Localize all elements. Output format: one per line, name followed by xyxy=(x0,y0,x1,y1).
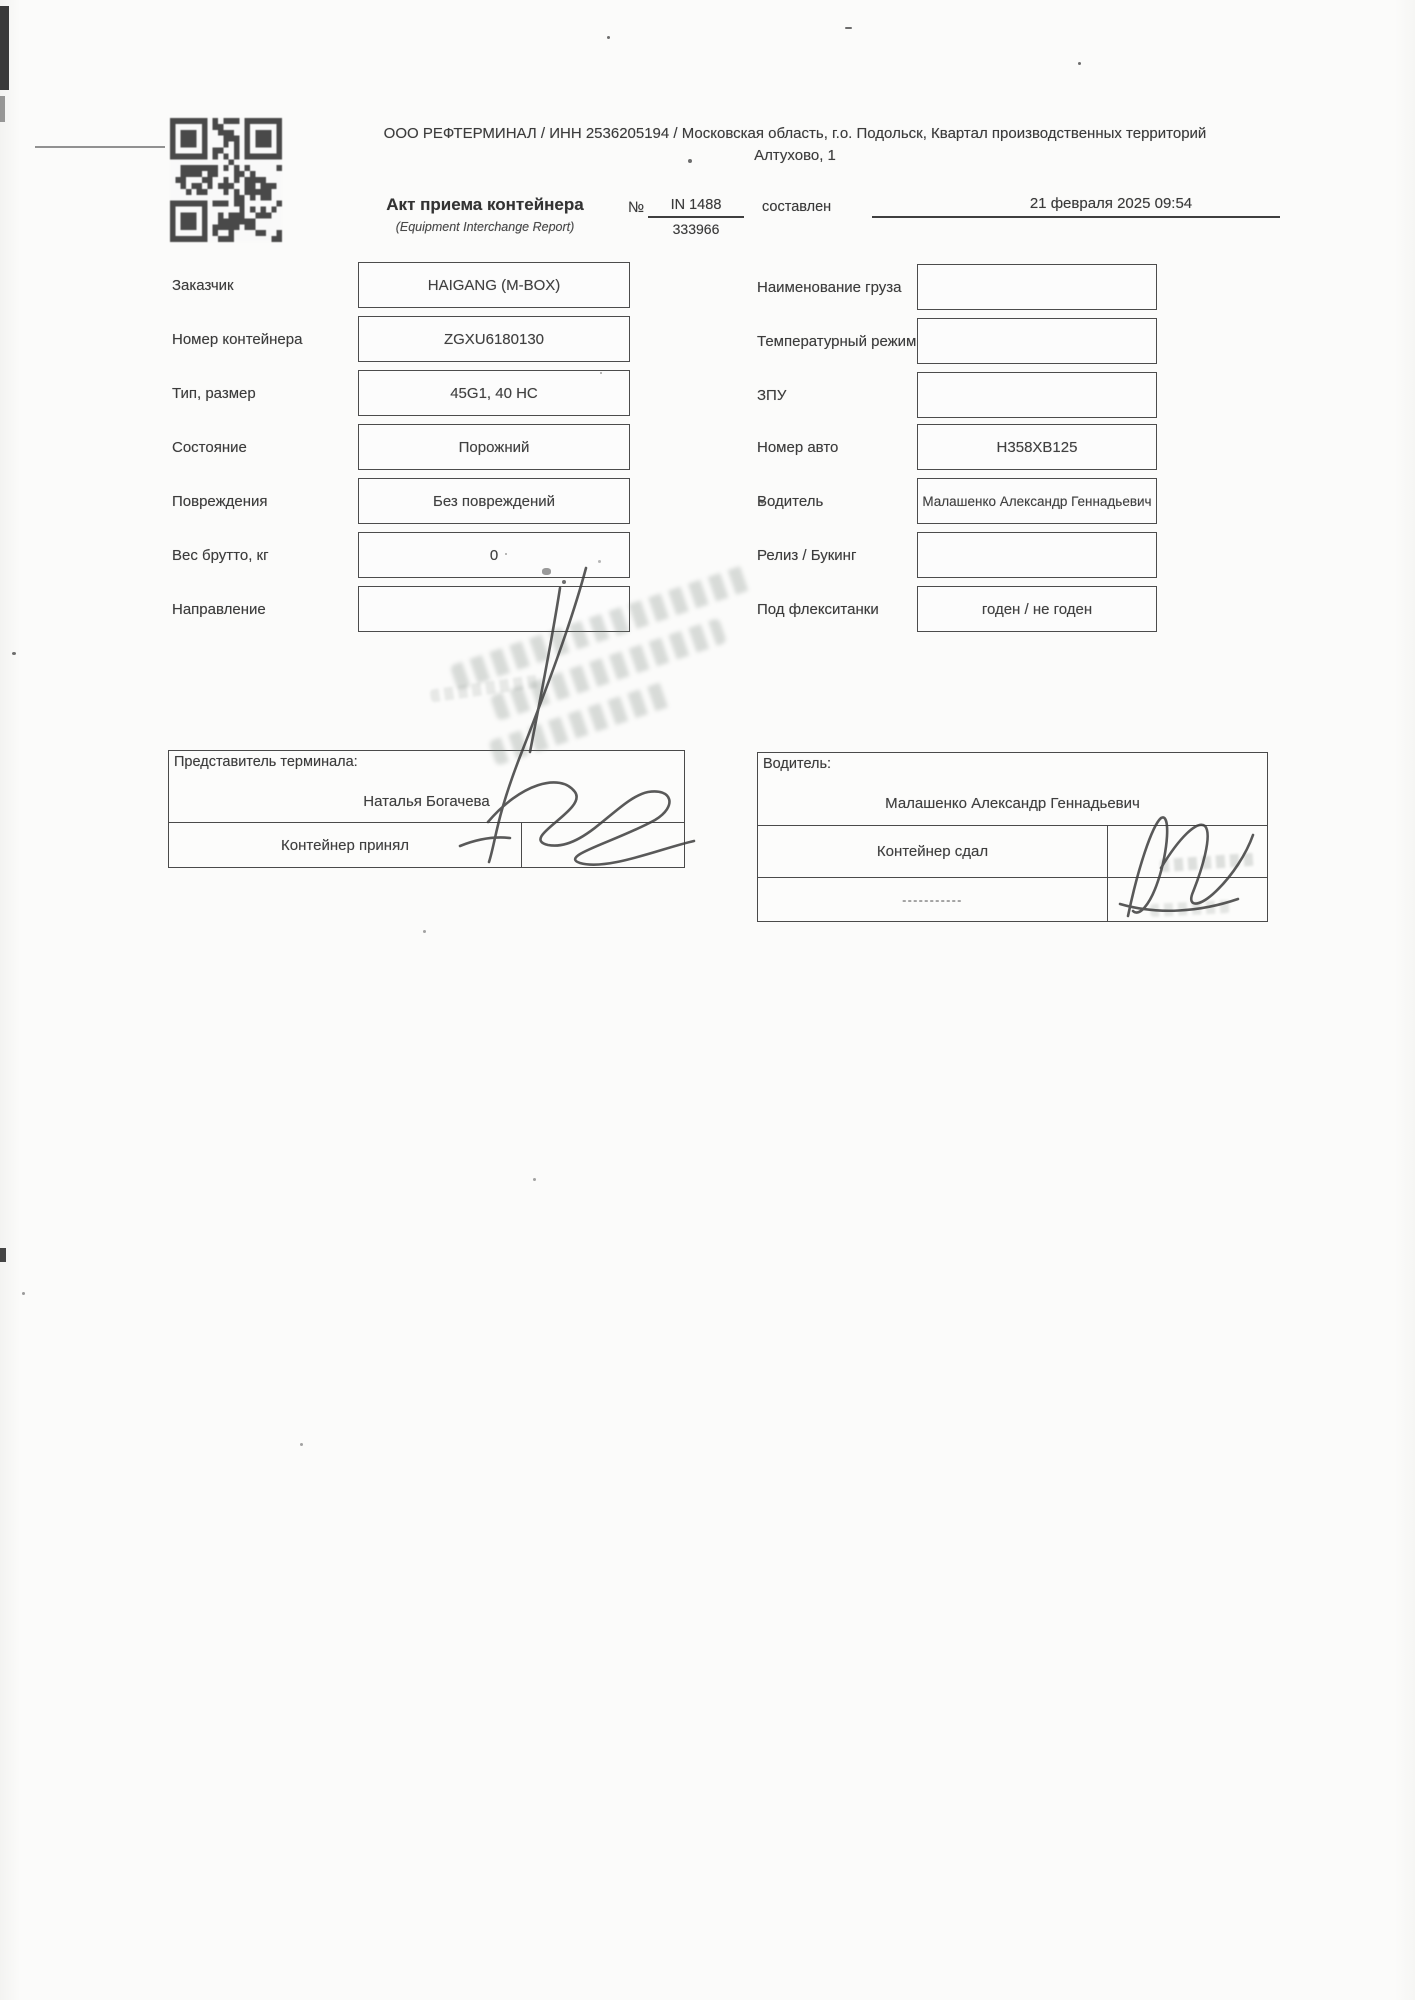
field-value-box xyxy=(917,372,1157,418)
field-value-box: годен / не годен xyxy=(917,586,1157,632)
field-label: Вес брутто, кг xyxy=(172,547,358,564)
stamp-remnant xyxy=(430,674,541,702)
field-value-box: Без повреждений xyxy=(358,478,630,524)
driver-dashes-row: ----------- xyxy=(758,877,1267,921)
scanned-document-page: ООО РЕФТЕРМИНАЛ / ИНН 2536205194 / Моско… xyxy=(0,0,1415,2000)
field-label: Под флекситанки xyxy=(757,601,917,618)
scan-speck xyxy=(1078,62,1081,65)
field-row-type-size: Тип, размер 45G1, 40 HC xyxy=(172,370,630,416)
field-row-direction: Направление xyxy=(172,586,630,632)
scan-artifact-fax-line xyxy=(35,146,165,148)
field-value-box: HAIGANG (M-BOX) xyxy=(358,262,630,308)
field-label: Направление xyxy=(172,601,358,618)
field-value-box: 0 xyxy=(358,532,630,578)
document-number-value: IN 1488 xyxy=(648,197,744,218)
driver-action-label: Контейнер сдал xyxy=(758,826,1108,877)
field-row-truck-number: Номер авто Н358ХВ125 xyxy=(757,424,1157,470)
scan-speck xyxy=(423,930,426,933)
field-row-condition: Состояние Порожний xyxy=(172,424,630,470)
field-row-temperature-mode: Температурный режим xyxy=(757,318,1157,364)
field-value-box: Порожний xyxy=(358,424,630,470)
field-label: ЗПУ xyxy=(757,387,917,404)
field-value-box xyxy=(917,318,1157,364)
field-label: Номер авто xyxy=(757,439,917,456)
field-label: Наименование груза xyxy=(757,279,917,296)
field-value-box xyxy=(917,532,1157,578)
driver-handover-row: Контейнер сдал xyxy=(758,825,1267,877)
document-number: IN 1488 333966 xyxy=(648,197,744,237)
document-title: Акт приема контейнера xyxy=(330,195,640,215)
scan-speck xyxy=(300,1443,303,1446)
field-row-customer: Заказчик HAIGANG (M-BOX) xyxy=(172,262,630,308)
driver-header: Водитель: xyxy=(763,756,831,772)
field-row-driver: Водитель Малашенко Александр Геннадьевич xyxy=(757,478,1157,524)
composed-label: составлен xyxy=(762,199,831,215)
driver-name: Малашенко Александр Геннадьевич xyxy=(758,795,1267,812)
scan-speck xyxy=(845,27,852,29)
org-header: ООО РЕФТЕРМИНАЛ / ИНН 2536205194 / Моско… xyxy=(295,123,1295,167)
qr-code-icon xyxy=(170,118,282,242)
scan-speck xyxy=(12,652,16,655)
field-row-container-number: Номер контейнера ZGXU6180130 xyxy=(172,316,630,362)
number-label: № xyxy=(628,199,644,216)
field-label: Водитель xyxy=(757,493,917,510)
field-row-seal: ЗПУ xyxy=(757,372,1157,418)
terminal-representative-name: Наталья Богачева xyxy=(169,793,684,810)
scan-speck xyxy=(22,1292,25,1295)
signature-block-driver: Водитель: Малашенко Александр Геннадьеви… xyxy=(757,752,1268,922)
field-value-box: Малашенко Александр Геннадьевич xyxy=(917,478,1157,524)
document-number-secondary: 333966 xyxy=(648,218,744,237)
scan-speck xyxy=(607,36,610,39)
field-value-box: ZGXU6180130 xyxy=(358,316,630,362)
field-label: Релиз / Букинг xyxy=(757,547,917,564)
scan-artifact-left-bar xyxy=(0,6,9,90)
signature-block-terminal: Представитель терминала: Наталья Богачев… xyxy=(168,750,685,868)
driver-signature-cell-2 xyxy=(1108,878,1267,921)
scan-speck xyxy=(533,1178,536,1181)
scan-speck xyxy=(562,580,566,584)
field-label: Повреждения xyxy=(172,493,358,510)
driver-dashes: ----------- xyxy=(758,878,1108,921)
field-label: Состояние xyxy=(172,439,358,456)
field-label: Тип, размер xyxy=(172,385,358,402)
document-title-block: Акт приема контейнера (Equipment Interch… xyxy=(330,195,640,234)
scan-artifact-left-dash xyxy=(0,1248,6,1262)
field-row-damages: Повреждения Без повреждений xyxy=(172,478,630,524)
composed-datetime: 21 февраля 2025 09:54 xyxy=(872,195,1280,218)
org-header-line1: ООО РЕФТЕРМИНАЛ / ИНН 2536205194 / Моско… xyxy=(295,123,1295,145)
scan-artifact-left-bar-2 xyxy=(0,96,5,122)
field-value-box xyxy=(358,586,630,632)
document-subtitle: (Equipment Interchange Report) xyxy=(330,220,640,234)
field-label: Номер контейнера xyxy=(172,331,358,348)
terminal-accept-row: Контейнер принял xyxy=(169,822,684,867)
terminal-header: Представитель терминала: xyxy=(174,754,358,770)
field-label: Заказчик xyxy=(172,277,358,294)
org-header-line2: Алтухово, 1 xyxy=(295,145,1295,167)
field-row-flexitank: Под флекситанки годен / не годен xyxy=(757,586,1157,632)
field-value-box: Н358ХВ125 xyxy=(917,424,1157,470)
field-label: Температурный режим xyxy=(757,333,917,350)
field-row-cargo-name: Наименование груза xyxy=(757,264,1157,310)
terminal-signature-cell xyxy=(522,823,684,867)
driver-signature-cell xyxy=(1108,826,1267,877)
field-row-gross-weight: Вес брутто, кг 0 xyxy=(172,532,630,578)
field-row-release-booking: Релиз / Букинг xyxy=(757,532,1157,578)
field-value-box xyxy=(917,264,1157,310)
field-value-box: 45G1, 40 HC xyxy=(358,370,630,416)
terminal-action-label: Контейнер принял xyxy=(169,823,522,867)
